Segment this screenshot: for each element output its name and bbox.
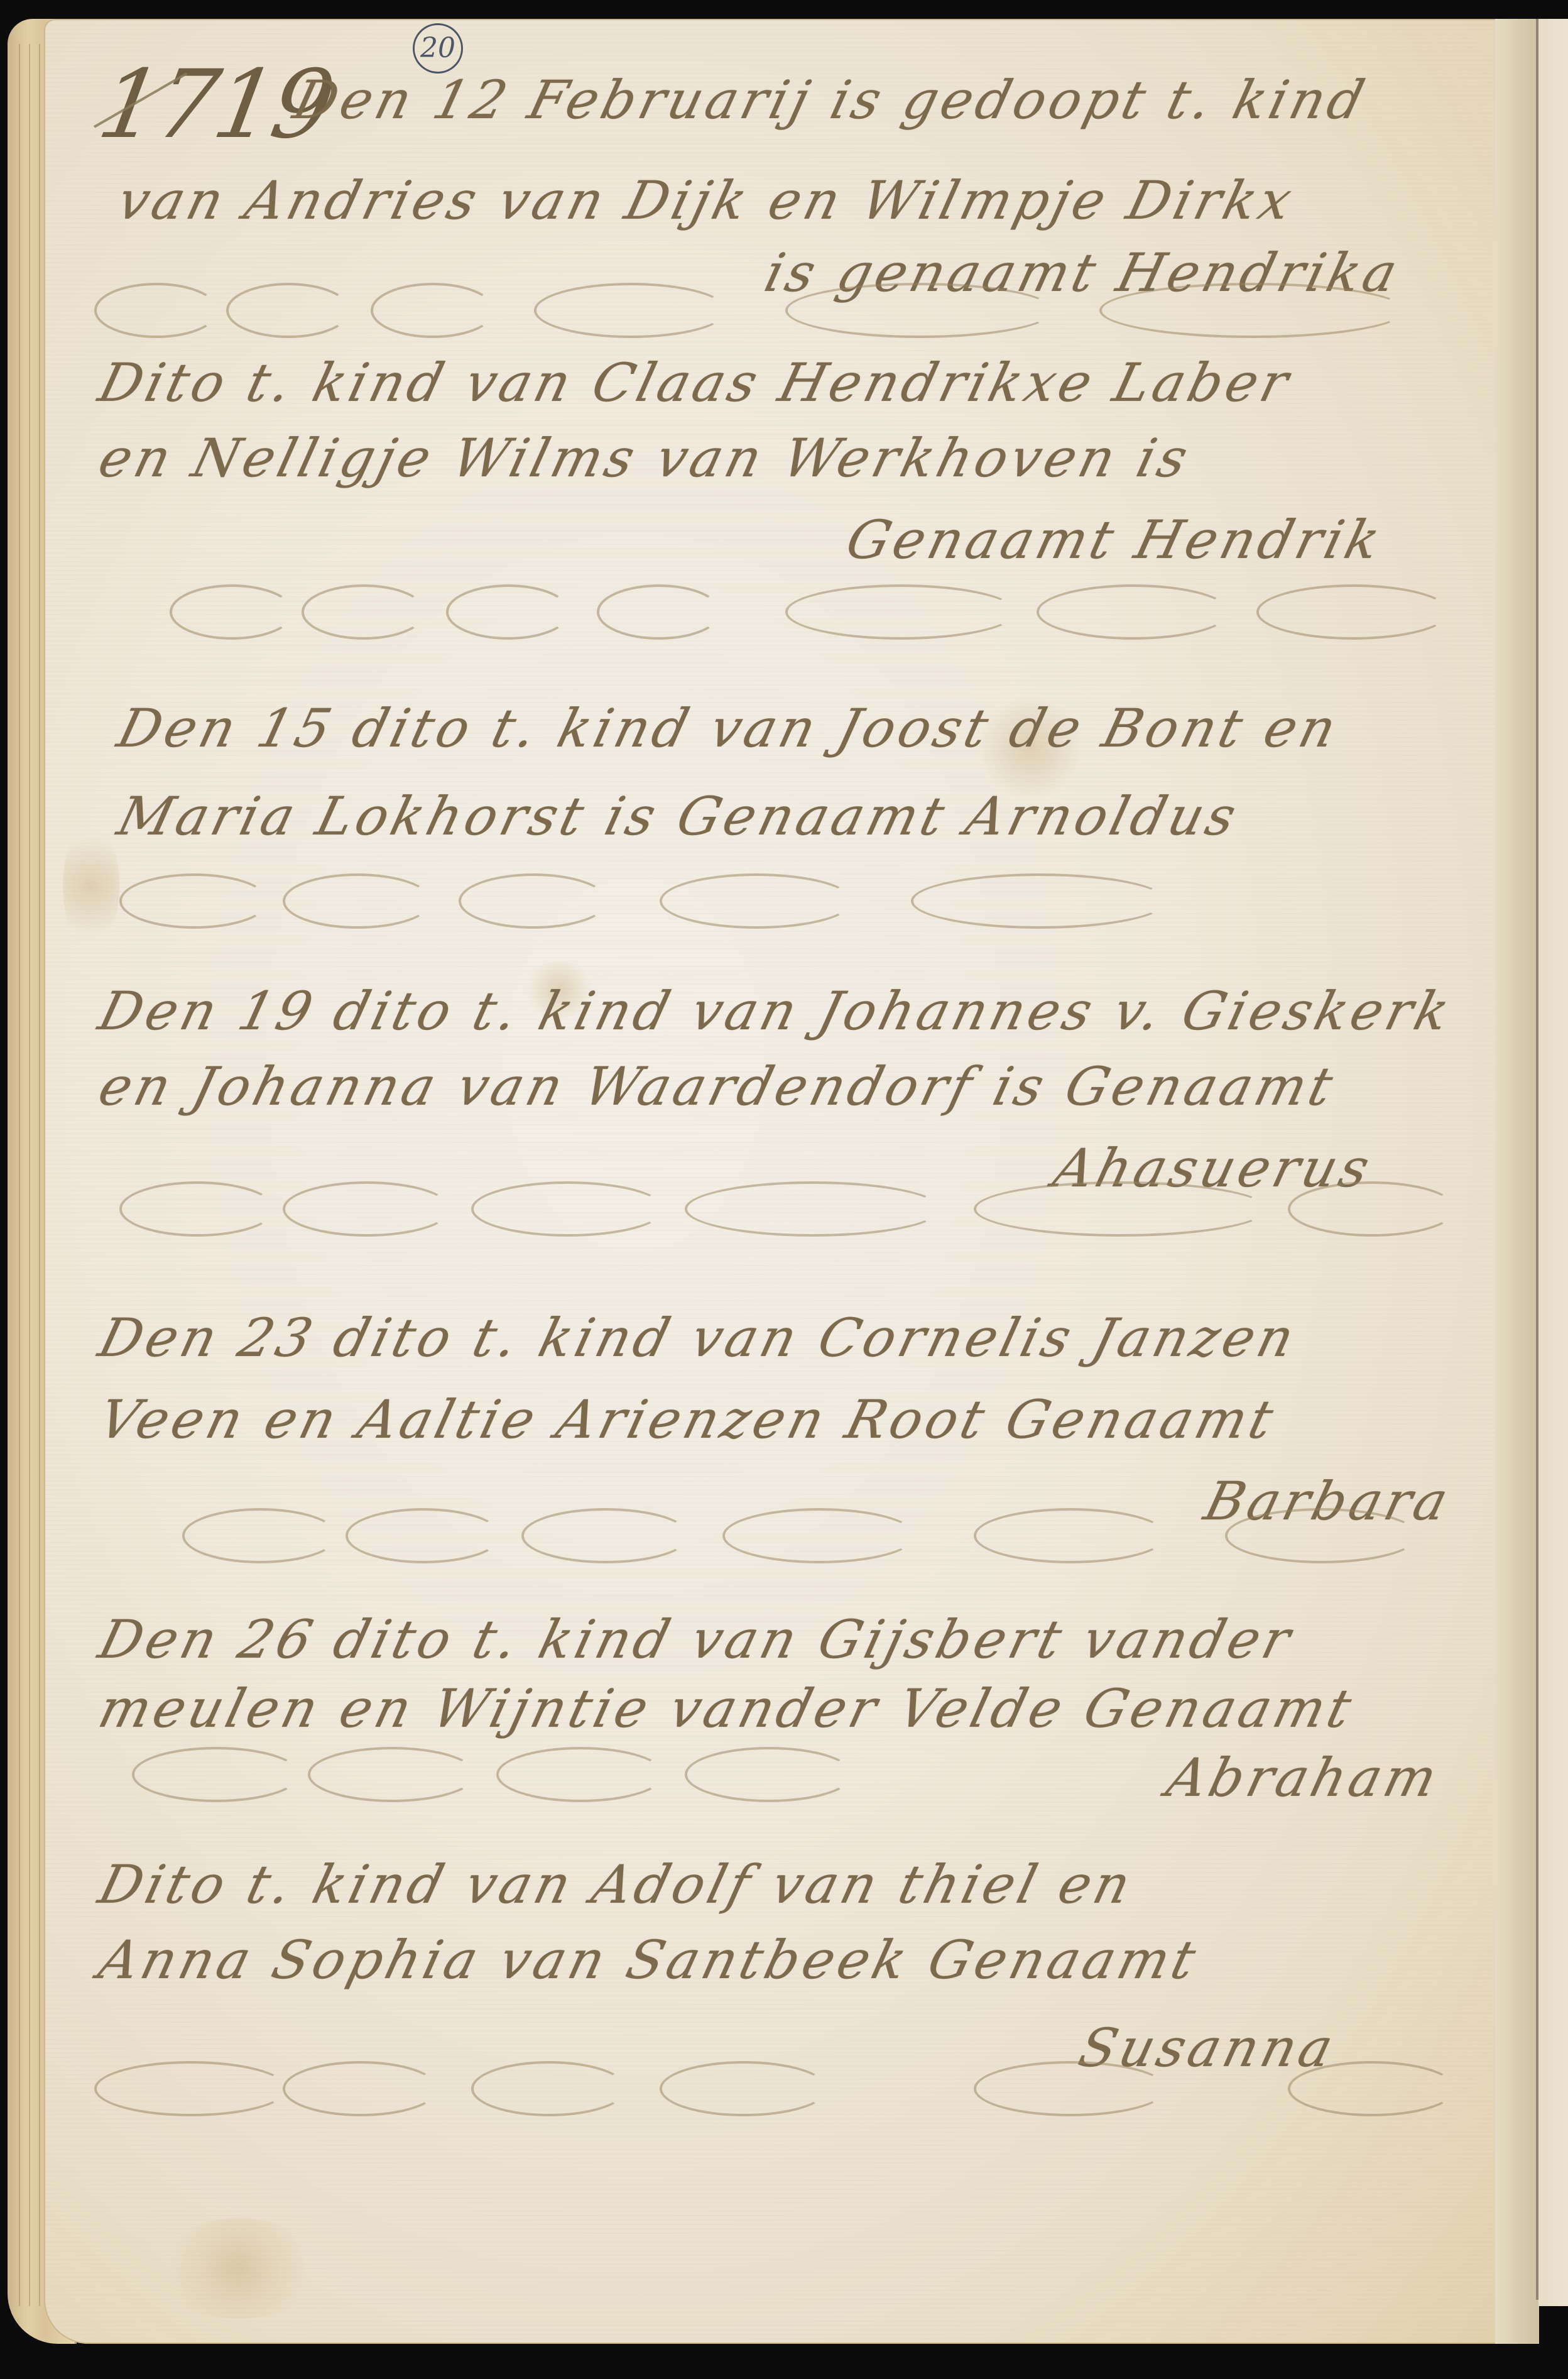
page-gutter: [1495, 19, 1539, 2344]
entry-separator-flourish: [94, 1181, 1476, 1238]
entry-6-line-1: Den 26 dito t. kind van Gijsbert vander: [93, 1609, 1300, 1670]
entry-6-line-2: meulen en Wijntie vander Velde Genaamt: [93, 1678, 1361, 1739]
entry-7-line-2: Anna Sophia van Santbeek Genaamt: [93, 1929, 1206, 1991]
page-edge-line: [19, 44, 20, 2306]
entry-separator-flourish: [94, 1747, 1476, 1803]
facing-page-edge: [1538, 19, 1568, 2306]
entry-5-line-1: Den 23 dito t. kind van Cornelis Janzen: [93, 1307, 1304, 1369]
entry-separator-flourish: [94, 2061, 1476, 2118]
entry-separator-flourish: [94, 873, 1476, 930]
page-edge-line: [29, 44, 30, 2306]
entry-separator-flourish: [94, 1508, 1476, 1565]
entry-7-line-1: Dito t. kind van Adolf van thiel en: [93, 1854, 1140, 1915]
ink-bleed-stain: [157, 2218, 320, 2319]
entry-5-line-2: Veen en Aaltie Arienzen Root Genaamt: [93, 1389, 1283, 1450]
entry-4-line-2: en Johanna van Waardendorf is Genaamt: [93, 1056, 1342, 1117]
folio-number-stamp: 20: [413, 23, 463, 74]
entry-separator-flourish: [94, 283, 1476, 339]
entry-separator-flourish: [94, 584, 1476, 641]
entry-3-line-1: Den 15 dito t. kind van Joost de Bont en: [112, 697, 1346, 759]
entry-2-line-3: Genaamt Hendrik: [841, 509, 1390, 571]
entry-1-line-1: Den 12 Februarij is gedoopt t. kind: [288, 69, 1374, 131]
entry-2-line-1: Dito t. kind van Claas Hendrikxe Laber: [93, 352, 1298, 413]
entry-2-line-2: en Nelligje Wilms van Werkhoven is: [93, 427, 1197, 489]
entry-3-line-2: Maria Lokhorst is Genaamt Arnoldus: [112, 785, 1246, 847]
page-edge-line: [39, 44, 40, 2306]
entry-1-line-2: van Andries van Dijk en Wilmpje Dirkx: [112, 170, 1302, 231]
entry-4-line-1: Den 19 dito t. kind van Johannes v. Gies…: [93, 980, 1459, 1042]
